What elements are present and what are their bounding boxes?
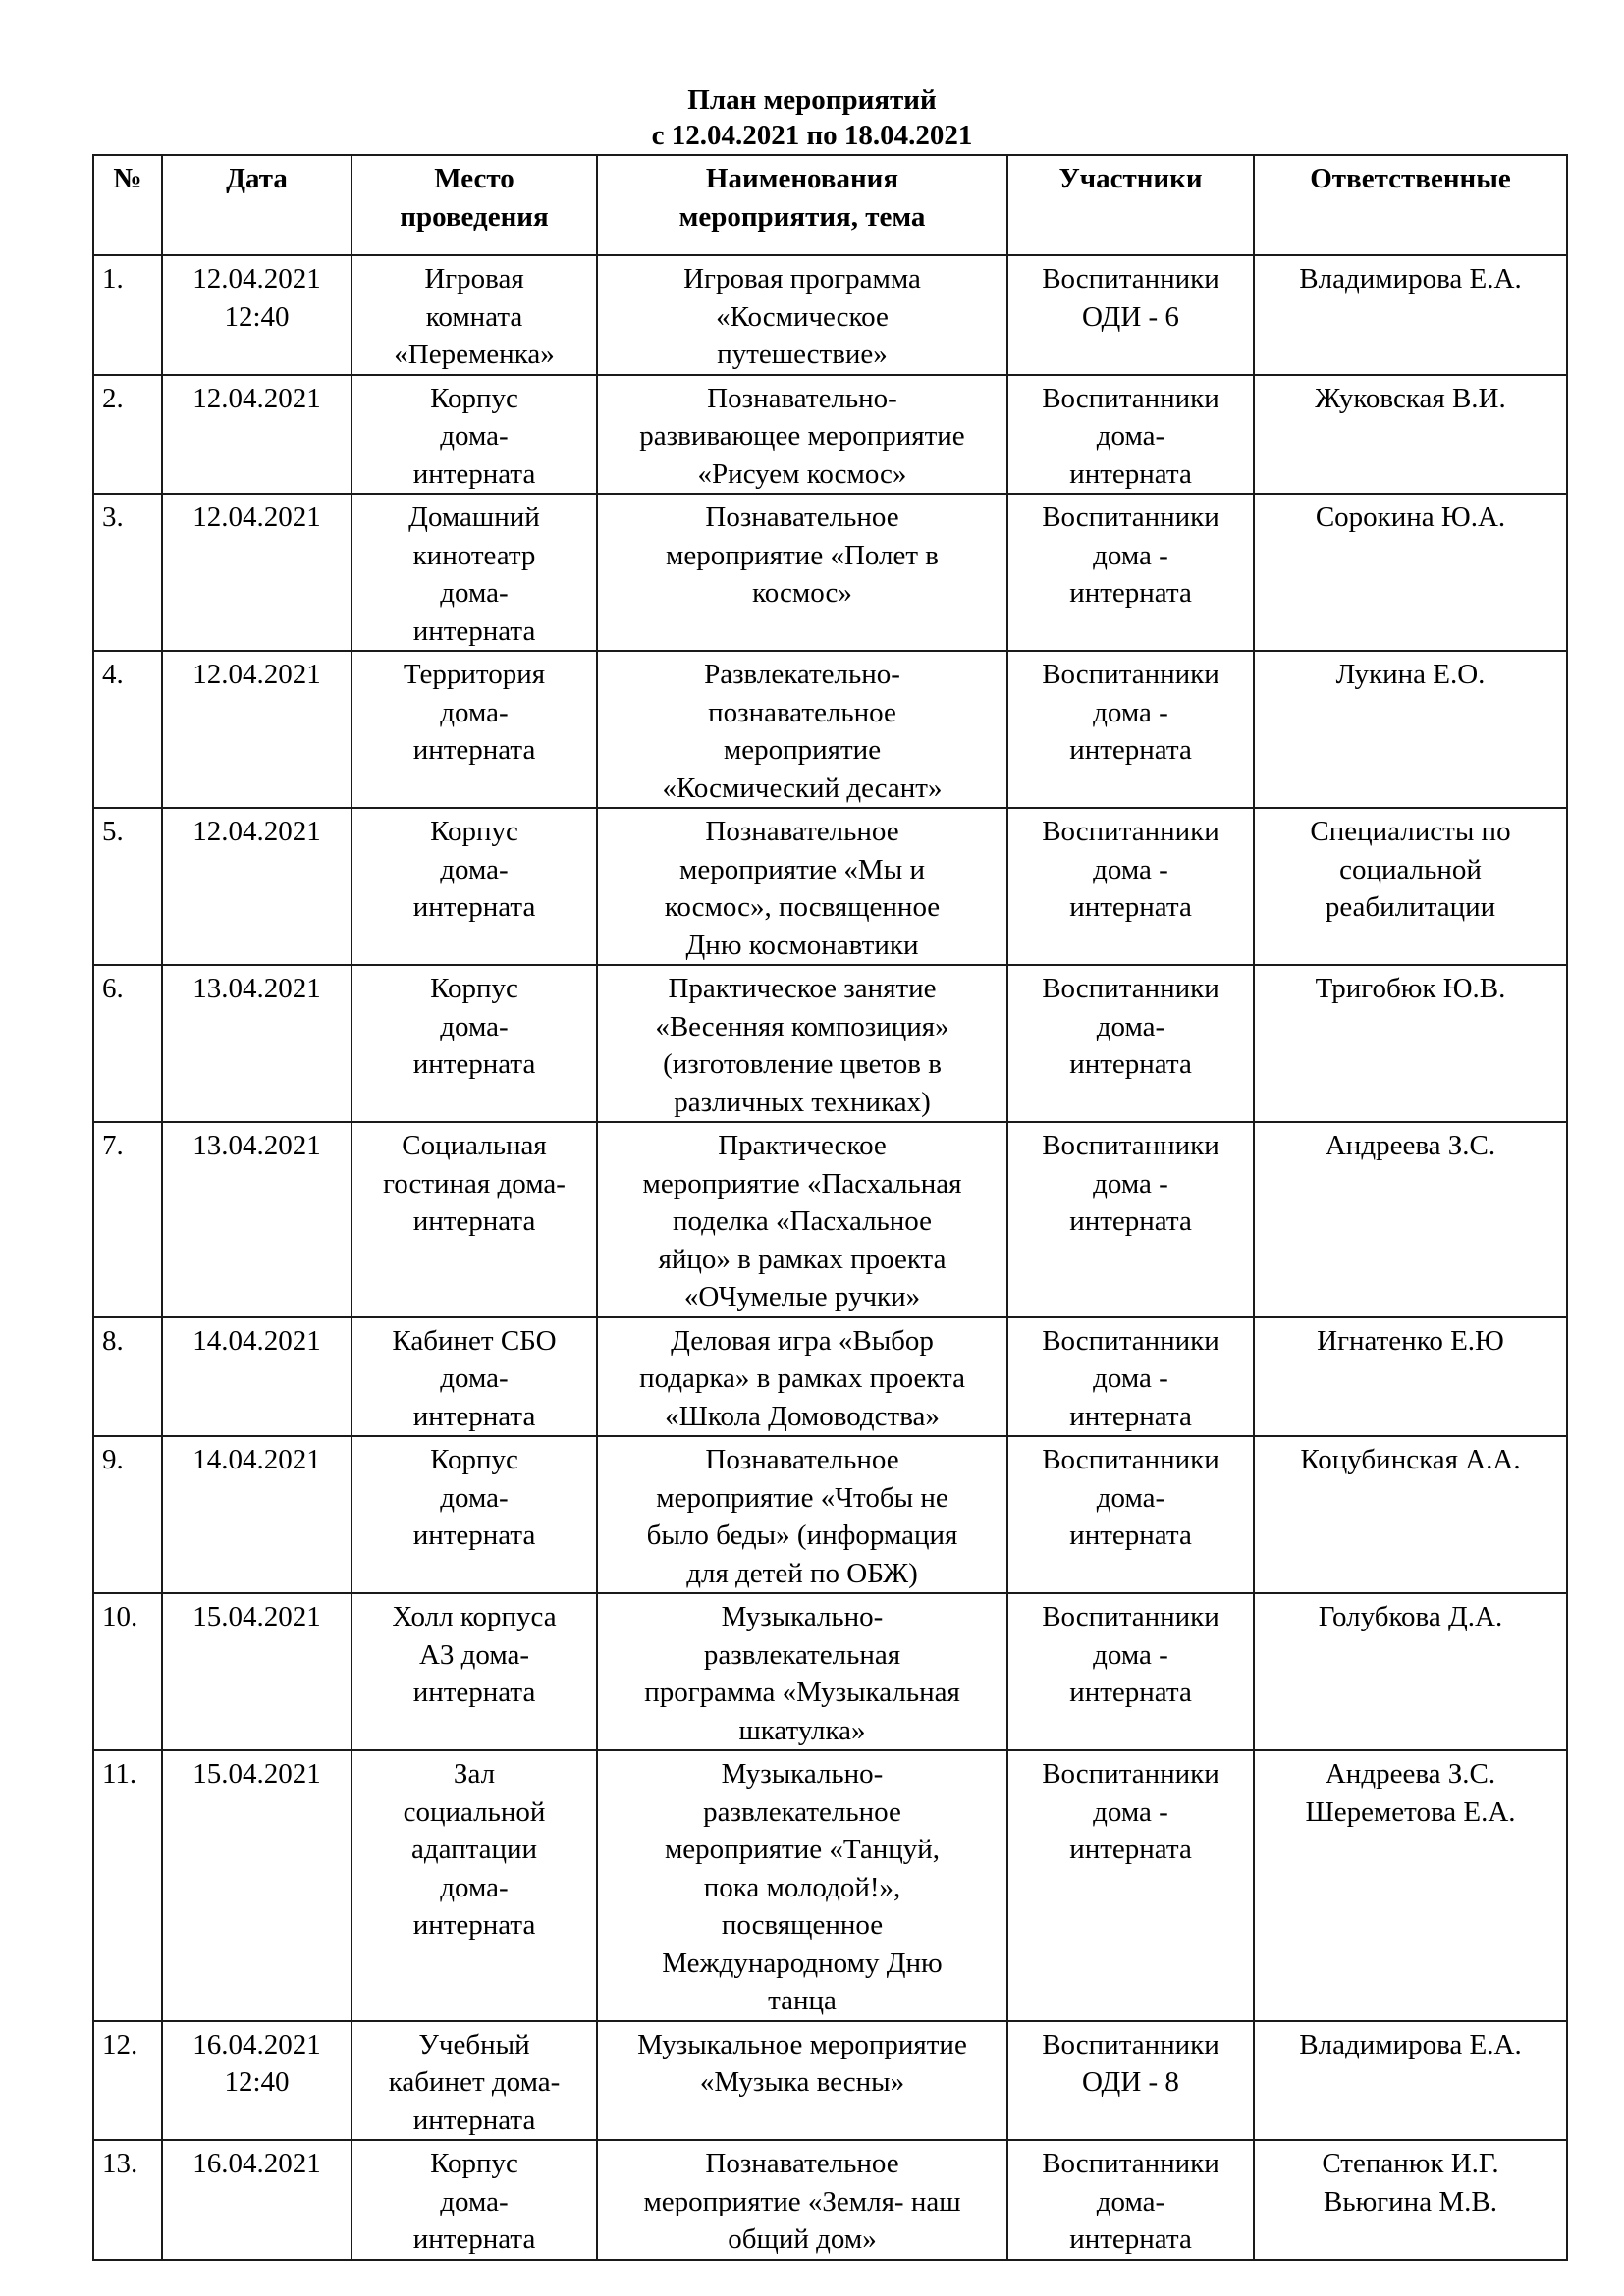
cell-text: гостиная дома- [352, 1165, 596, 1203]
cell-number: 8. [93, 1317, 162, 1437]
table-row: 13.16.04.2021Корпусдома-интернатаПознава… [93, 2140, 1567, 2260]
cell-responsible: Владимирова Е.А. [1254, 255, 1567, 375]
table-row: 12.16.04.202112:40Учебныйкабинет дома-ин… [93, 2021, 1567, 2141]
cell-participants: Воспитанникидома-интерната [1007, 1436, 1254, 1593]
document-title: План мероприятий [0, 82, 1624, 118]
cell-text: Холл корпуса [352, 1598, 596, 1636]
cell-date: 12.04.2021 [162, 494, 352, 651]
cell-text: мероприятие «Мы и [598, 851, 1006, 889]
cell-text: интерната [352, 455, 596, 494]
cell-text: интерната [352, 731, 596, 770]
cell-text: 6. [102, 970, 161, 1008]
cell-text: дома- [352, 1869, 596, 1907]
table-row: 5.12.04.2021Корпусдома-интернатаПознават… [93, 808, 1567, 965]
cell-number: 10. [93, 1593, 162, 1750]
table-row: 8.14.04.2021Кабинет СБОдома-интернатаДел… [93, 1317, 1567, 1437]
cell-text: Познавательно- [598, 380, 1006, 418]
cell-text: «Космический десант» [598, 770, 1006, 808]
cell-place: Корпусдома-интерната [352, 2140, 597, 2260]
cell-text: Шереметова Е.А. [1255, 1793, 1566, 1832]
cell-text: Познавательное [598, 813, 1006, 851]
cell-text: дома- [1008, 2183, 1253, 2221]
cell-place: Корпусдома-интерната [352, 808, 597, 965]
cell-text: дома - [1008, 1793, 1253, 1832]
cell-text: Воспитанники [1008, 499, 1253, 537]
cell-text: «Переменка» [352, 336, 596, 374]
cell-text: «Рисуем космос» [598, 455, 1006, 494]
cell-participants: Воспитанникидома-интерната [1007, 375, 1254, 495]
cell-text: интерната [1008, 574, 1253, 613]
cell-participants: Воспитанникидома -интерната [1007, 1317, 1254, 1437]
cell-text: интерната [352, 1202, 596, 1241]
header-text: Ответственные [1255, 160, 1566, 198]
cell-responsible: Сорокина Ю.А. [1254, 494, 1567, 651]
cell-text: посвященное [598, 1906, 1006, 1945]
cell-text: 16.04.2021 [163, 2145, 351, 2183]
cell-text: 12.04.2021 [163, 380, 351, 418]
cell-text: Голубкова Д.А. [1255, 1598, 1566, 1636]
cell-text: мероприятие «Пасхальная [598, 1165, 1006, 1203]
cell-text: Вьюгина М.В. [1255, 2183, 1566, 2221]
cell-text: 15.04.2021 [163, 1755, 351, 1793]
cell-text: интерната [1008, 1202, 1253, 1241]
cell-participants: Воспитанникидома -интерната [1007, 1593, 1254, 1750]
cell-text: дома - [1008, 537, 1253, 575]
cell-text: Игровая программа [598, 260, 1006, 298]
cell-date: 14.04.2021 [162, 1436, 352, 1593]
cell-text: «Музыка весны» [598, 2063, 1006, 2102]
cell-text: 3. [102, 499, 161, 537]
cell-text: интерната [352, 1906, 596, 1945]
cell-responsible: Коцубинская А.А. [1254, 1436, 1567, 1593]
cell-text: 12.04.2021 [163, 499, 351, 537]
table-row: 3.12.04.2021Домашнийкинотеатрдома-интерн… [93, 494, 1567, 651]
cell-text: было беды» (информация [598, 1517, 1006, 1555]
cell-text: 7. [102, 1127, 161, 1165]
cell-text: 12:40 [163, 2063, 351, 2102]
cell-text: Познавательное [598, 1441, 1006, 1479]
cell-text: Жуковская В.И. [1255, 380, 1566, 418]
cell-event: Деловая игра «Выборподарка» в рамках про… [597, 1317, 1007, 1437]
cell-text: интерната [352, 1045, 596, 1084]
cell-text: Практическое [598, 1127, 1006, 1165]
cell-text: поделка «Пасхальное [598, 1202, 1006, 1241]
cell-participants: ВоспитанникиОДИ - 6 [1007, 255, 1254, 375]
cell-place: Корпусдома-интерната [352, 375, 597, 495]
cell-text: мероприятие [598, 731, 1006, 770]
cell-place: Территориядома-интерната [352, 651, 597, 808]
cell-text: развлекательная [598, 1636, 1006, 1675]
cell-text: интерната [1008, 2220, 1253, 2259]
cell-text: (изготовление цветов в [598, 1045, 1006, 1084]
header-responsible: Ответственные [1254, 155, 1567, 255]
header-participants: Участники [1007, 155, 1254, 255]
cell-text: для детей по ОБЖ) [598, 1555, 1006, 1593]
cell-date: 15.04.2021 [162, 1750, 352, 2021]
cell-date: 13.04.2021 [162, 965, 352, 1122]
cell-text: мероприятие «Танцуй, [598, 1831, 1006, 1869]
cell-text: Воспитанники [1008, 1755, 1253, 1793]
cell-place: Игроваякомната«Переменка» [352, 255, 597, 375]
cell-number: 4. [93, 651, 162, 808]
cell-text: яйцо» в рамках проекта [598, 1241, 1006, 1279]
cell-text: Игнатенко Е.Ю [1255, 1322, 1566, 1361]
cell-place: Учебныйкабинет дома-интерната [352, 2021, 597, 2141]
cell-event: Игровая программа«Космическоепутешествие… [597, 255, 1007, 375]
cell-text: 4. [102, 656, 161, 694]
cell-text: 12:40 [163, 298, 351, 337]
cell-text: Воспитанники [1008, 2145, 1253, 2183]
header-text: Дата [163, 160, 351, 198]
cell-text: дома- [352, 2183, 596, 2221]
cell-text: Воспитанники [1008, 1598, 1253, 1636]
cell-text: Корпус [352, 813, 596, 851]
cell-text: дома- [352, 417, 596, 455]
cell-text: Развлекательно- [598, 656, 1006, 694]
cell-text: 12. [102, 2026, 161, 2064]
cell-text: Корпус [352, 970, 596, 1008]
cell-text: Учебный [352, 2026, 596, 2064]
cell-text: Владимирова Е.А. [1255, 260, 1566, 298]
cell-text: 9. [102, 1441, 161, 1479]
cell-text: кабинет дома- [352, 2063, 596, 2102]
cell-text: 13.04.2021 [163, 1127, 351, 1165]
cell-text: дома - [1008, 1636, 1253, 1675]
cell-text: Познавательное [598, 499, 1006, 537]
cell-place: Залсоциальнойадаптациидома-интерната [352, 1750, 597, 2021]
cell-responsible: Игнатенко Е.Ю [1254, 1317, 1567, 1437]
cell-number: 13. [93, 2140, 162, 2260]
cell-text: дома- [352, 1360, 596, 1398]
table-row: 1.12.04.202112:40Игроваякомната«Переменк… [93, 255, 1567, 375]
header-event: Наименованиямероприятия, тема [597, 155, 1007, 255]
cell-number: 12. [93, 2021, 162, 2141]
table-row: 11.15.04.2021Залсоциальнойадаптациидома-… [93, 1750, 1567, 2021]
cell-text: пока молодой!», [598, 1869, 1006, 1907]
cell-number: 1. [93, 255, 162, 375]
cell-text: Корпус [352, 2145, 596, 2183]
cell-text: Воспитанники [1008, 970, 1253, 1008]
header-place: Местопроведения [352, 155, 597, 255]
cell-number: 2. [93, 375, 162, 495]
cell-text: шкатулка» [598, 1712, 1006, 1750]
cell-date: 12.04.2021 [162, 375, 352, 495]
cell-text: интерната [352, 2220, 596, 2259]
cell-responsible: Жуковская В.И. [1254, 375, 1567, 495]
cell-date: 12.04.202112:40 [162, 255, 352, 375]
cell-participants: Воспитанникидома -интерната [1007, 1122, 1254, 1317]
cell-text: общий дом» [598, 2220, 1006, 2259]
cell-text: «Космическое [598, 298, 1006, 337]
cell-text: Международному Дню [598, 1945, 1006, 1983]
cell-text: подарка» в рамках проекта [598, 1360, 1006, 1398]
cell-text: Корпус [352, 380, 596, 418]
cell-number: 3. [93, 494, 162, 651]
cell-text: 12.04.2021 [163, 656, 351, 694]
cell-text: интерната [1008, 888, 1253, 927]
cell-text: Музыкально- [598, 1755, 1006, 1793]
cell-text: Музыкально- [598, 1598, 1006, 1636]
cell-text: «ОЧумелые ручки» [598, 1278, 1006, 1316]
cell-number: 11. [93, 1750, 162, 2021]
cell-text: познавательное [598, 694, 1006, 732]
cell-text: Тригобюк Ю.В. [1255, 970, 1566, 1008]
cell-text: Воспитанники [1008, 1127, 1253, 1165]
cell-text: Деловая игра «Выбор [598, 1322, 1006, 1361]
cell-place: Холл корпусаА3 дома-интерната [352, 1593, 597, 1750]
header-text: № [94, 160, 161, 198]
cell-text: различных техниках) [598, 1084, 1006, 1122]
table-row: 7.13.04.2021Социальнаягостиная дома-инте… [93, 1122, 1567, 1317]
cell-text: Домашний [352, 499, 596, 537]
cell-event: Музыкально-развлекательноемероприятие «Т… [597, 1750, 1007, 2021]
header-text: Участники [1008, 160, 1253, 198]
cell-text: Воспитанники [1008, 2026, 1253, 2064]
events-plan-table: №ДатаМестопроведенияНаименованиямероприя… [92, 154, 1568, 2261]
cell-date: 15.04.2021 [162, 1593, 352, 1750]
cell-text: интерната [352, 1517, 596, 1555]
cell-text: Воспитанники [1008, 380, 1253, 418]
cell-text: мероприятие «Чтобы не [598, 1479, 1006, 1518]
cell-participants: Воспитанникидома -интерната [1007, 494, 1254, 651]
cell-text: 16.04.2021 [163, 2026, 351, 2064]
cell-text: дома - [1008, 1165, 1253, 1203]
cell-text: 15.04.2021 [163, 1598, 351, 1636]
header-text: Наименования [598, 160, 1006, 198]
cell-text: Зал [352, 1755, 596, 1793]
cell-responsible: Лукина Е.О. [1254, 651, 1567, 808]
cell-text: Владимирова Е.А. [1255, 2026, 1566, 2064]
cell-event: Познавательноемероприятие «Чтобы небыло … [597, 1436, 1007, 1593]
cell-text: дома - [1008, 694, 1253, 732]
cell-text: Сорокина Ю.А. [1255, 499, 1566, 537]
cell-text: 8. [102, 1322, 161, 1361]
cell-text: Игровая [352, 260, 596, 298]
cell-date: 13.04.2021 [162, 1122, 352, 1317]
cell-number: 9. [93, 1436, 162, 1593]
cell-text: Андреева З.С. [1255, 1755, 1566, 1793]
cell-text: адаптации [352, 1831, 596, 1869]
cell-event: Развлекательно-познавательноемероприятие… [597, 651, 1007, 808]
cell-text: Воспитанники [1008, 260, 1253, 298]
cell-text: 2. [102, 380, 161, 418]
cell-responsible: Андреева З.С.Шереметова Е.А. [1254, 1750, 1567, 2021]
cell-event: Познавательноемероприятие «Полет вкосмос… [597, 494, 1007, 651]
cell-number: 5. [93, 808, 162, 965]
cell-text: интерната [1008, 455, 1253, 494]
cell-participants: Воспитанникидома-интерната [1007, 965, 1254, 1122]
cell-text: А3 дома- [352, 1636, 596, 1675]
cell-text: Территория [352, 656, 596, 694]
cell-text: Воспитанники [1008, 1322, 1253, 1361]
cell-text: Воспитанники [1008, 813, 1253, 851]
cell-text: развивающее мероприятие [598, 417, 1006, 455]
cell-text: 11. [102, 1755, 161, 1793]
cell-event: Музыкально-развлекательнаяпрограмма «Муз… [597, 1593, 1007, 1750]
cell-text: дома- [352, 851, 596, 889]
cell-text: Познавательное [598, 2145, 1006, 2183]
table-row: 4.12.04.2021Территориядома-интернатаРазв… [93, 651, 1567, 808]
cell-text: интерната [352, 2102, 596, 2140]
cell-text: Кабинет СБО [352, 1322, 596, 1361]
cell-text: социальной [352, 1793, 596, 1832]
cell-text: Дню космонавтики [598, 927, 1006, 965]
cell-responsible: Андреева З.С. [1254, 1122, 1567, 1317]
cell-event: Познавательно-развивающее мероприятие«Ри… [597, 375, 1007, 495]
cell-text: мероприятие «Полет в [598, 537, 1006, 575]
cell-place: Корпусдома-интерната [352, 1436, 597, 1593]
cell-text: комната [352, 298, 596, 337]
cell-responsible: Тригобюк Ю.В. [1254, 965, 1567, 1122]
table-row: 6.13.04.2021Корпусдома-интернатаПрактиче… [93, 965, 1567, 1122]
cell-text: дома- [352, 1008, 596, 1046]
cell-event: Музыкальное мероприятие«Музыка весны» [597, 2021, 1007, 2141]
cell-text: кинотеатр [352, 537, 596, 575]
cell-text: «Школа Домоводства» [598, 1398, 1006, 1436]
cell-place: Корпусдома-интерната [352, 965, 597, 1122]
cell-text: социальной [1255, 851, 1566, 889]
cell-text: интерната [1008, 1831, 1253, 1869]
cell-text: дома- [352, 694, 596, 732]
cell-text: Лукина Е.О. [1255, 656, 1566, 694]
table-row: 9.14.04.2021Корпусдома-интернатаПознават… [93, 1436, 1567, 1593]
cell-text: Корпус [352, 1441, 596, 1479]
cell-participants: ВоспитанникиОДИ - 8 [1007, 2021, 1254, 2141]
header-text: Место [352, 160, 596, 198]
cell-text: интерната [1008, 1674, 1253, 1712]
cell-text: дома- [1008, 1008, 1253, 1046]
cell-text: Воспитанники [1008, 656, 1253, 694]
cell-date: 16.04.202112:40 [162, 2021, 352, 2141]
cell-text: развлекательное [598, 1793, 1006, 1832]
header-number: № [93, 155, 162, 255]
cell-text: интерната [352, 613, 596, 651]
cell-participants: Воспитанникидома-интерната [1007, 2140, 1254, 2260]
cell-responsible: Степанюк И.Г.Вьюгина М.В. [1254, 2140, 1567, 2260]
cell-text: интерната [1008, 1398, 1253, 1436]
cell-place: Кабинет СБОдома-интерната [352, 1317, 597, 1437]
cell-date: 12.04.2021 [162, 808, 352, 965]
cell-text: танца [598, 1982, 1006, 2020]
cell-text: интерната [1008, 1045, 1253, 1084]
cell-text: 13. [102, 2145, 161, 2183]
cell-text: интерната [352, 1398, 596, 1436]
cell-date: 14.04.2021 [162, 1317, 352, 1437]
cell-text: 12.04.2021 [163, 260, 351, 298]
cell-text: Степанюк И.Г. [1255, 2145, 1566, 2183]
cell-text: Социальная [352, 1127, 596, 1165]
cell-text: интерната [352, 1674, 596, 1712]
cell-participants: Воспитанникидома -интерната [1007, 1750, 1254, 2021]
cell-text: космос», посвященное [598, 888, 1006, 927]
document-date-range: с 12.04.2021 по 18.04.2021 [0, 118, 1624, 153]
cell-text: дома- [352, 1479, 596, 1518]
cell-place: Домашнийкинотеатрдома-интерната [352, 494, 597, 651]
cell-participants: Воспитанникидома -интерната [1007, 808, 1254, 965]
cell-text: Музыкальное мероприятие [598, 2026, 1006, 2064]
table-body: 1.12.04.202112:40Игроваякомната«Переменк… [93, 255, 1567, 2260]
cell-responsible: Специалисты посоциальнойреабилитации [1254, 808, 1567, 965]
cell-text: космос» [598, 574, 1006, 613]
cell-event: Познавательноемероприятие «Мы икосмос», … [597, 808, 1007, 965]
cell-number: 6. [93, 965, 162, 1122]
cell-text: интерната [352, 888, 596, 927]
cell-date: 16.04.2021 [162, 2140, 352, 2260]
cell-text: 1. [102, 260, 161, 298]
cell-text: дома- [1008, 1479, 1253, 1518]
cell-text: путешествие» [598, 336, 1006, 374]
header-text: мероприятия, тема [598, 198, 1006, 237]
cell-participants: Воспитанникидома -интерната [1007, 651, 1254, 808]
cell-number: 7. [93, 1122, 162, 1317]
cell-text: дома- [1008, 417, 1253, 455]
cell-text: Коцубинская А.А. [1255, 1441, 1566, 1479]
cell-event: Познавательноемероприятие «Земля- нашобщ… [597, 2140, 1007, 2260]
cell-text: 5. [102, 813, 161, 851]
cell-text: реабилитации [1255, 888, 1566, 927]
table-header-row: №ДатаМестопроведенияНаименованиямероприя… [93, 155, 1567, 255]
header-text: проведения [352, 198, 596, 237]
cell-text: 10. [102, 1598, 161, 1636]
table-row: 10.15.04.2021Холл корпусаА3 дома-интерна… [93, 1593, 1567, 1750]
cell-text: Андреева З.С. [1255, 1127, 1566, 1165]
document-title-block: План мероприятий с 12.04.2021 по 18.04.2… [0, 82, 1624, 153]
cell-text: 14.04.2021 [163, 1322, 351, 1361]
cell-date: 12.04.2021 [162, 651, 352, 808]
cell-text: 12.04.2021 [163, 813, 351, 851]
cell-text: интерната [1008, 1517, 1253, 1555]
cell-text: 13.04.2021 [163, 970, 351, 1008]
cell-text: программа «Музыкальная [598, 1674, 1006, 1712]
cell-responsible: Голубкова Д.А. [1254, 1593, 1567, 1750]
cell-text: 14.04.2021 [163, 1441, 351, 1479]
cell-place: Социальнаягостиная дома-интерната [352, 1122, 597, 1317]
cell-text: Практическое занятие [598, 970, 1006, 1008]
cell-event: Практическоемероприятие «Пасхальнаяподел… [597, 1122, 1007, 1317]
header-date: Дата [162, 155, 352, 255]
cell-text: ОДИ - 6 [1008, 298, 1253, 337]
cell-text: интерната [1008, 731, 1253, 770]
cell-text: Воспитанники [1008, 1441, 1253, 1479]
cell-text: дома - [1008, 1360, 1253, 1398]
cell-text: Специалисты по [1255, 813, 1566, 851]
cell-text: ОДИ - 8 [1008, 2063, 1253, 2102]
table-row: 2.12.04.2021Корпусдома-интернатаПознават… [93, 375, 1567, 495]
cell-text: мероприятие «Земля- наш [598, 2183, 1006, 2221]
cell-text: дома - [1008, 851, 1253, 889]
cell-event: Практическое занятие«Весенняя композиция… [597, 965, 1007, 1122]
cell-text: дома- [352, 574, 596, 613]
cell-text: «Весенняя композиция» [598, 1008, 1006, 1046]
cell-responsible: Владимирова Е.А. [1254, 2021, 1567, 2141]
